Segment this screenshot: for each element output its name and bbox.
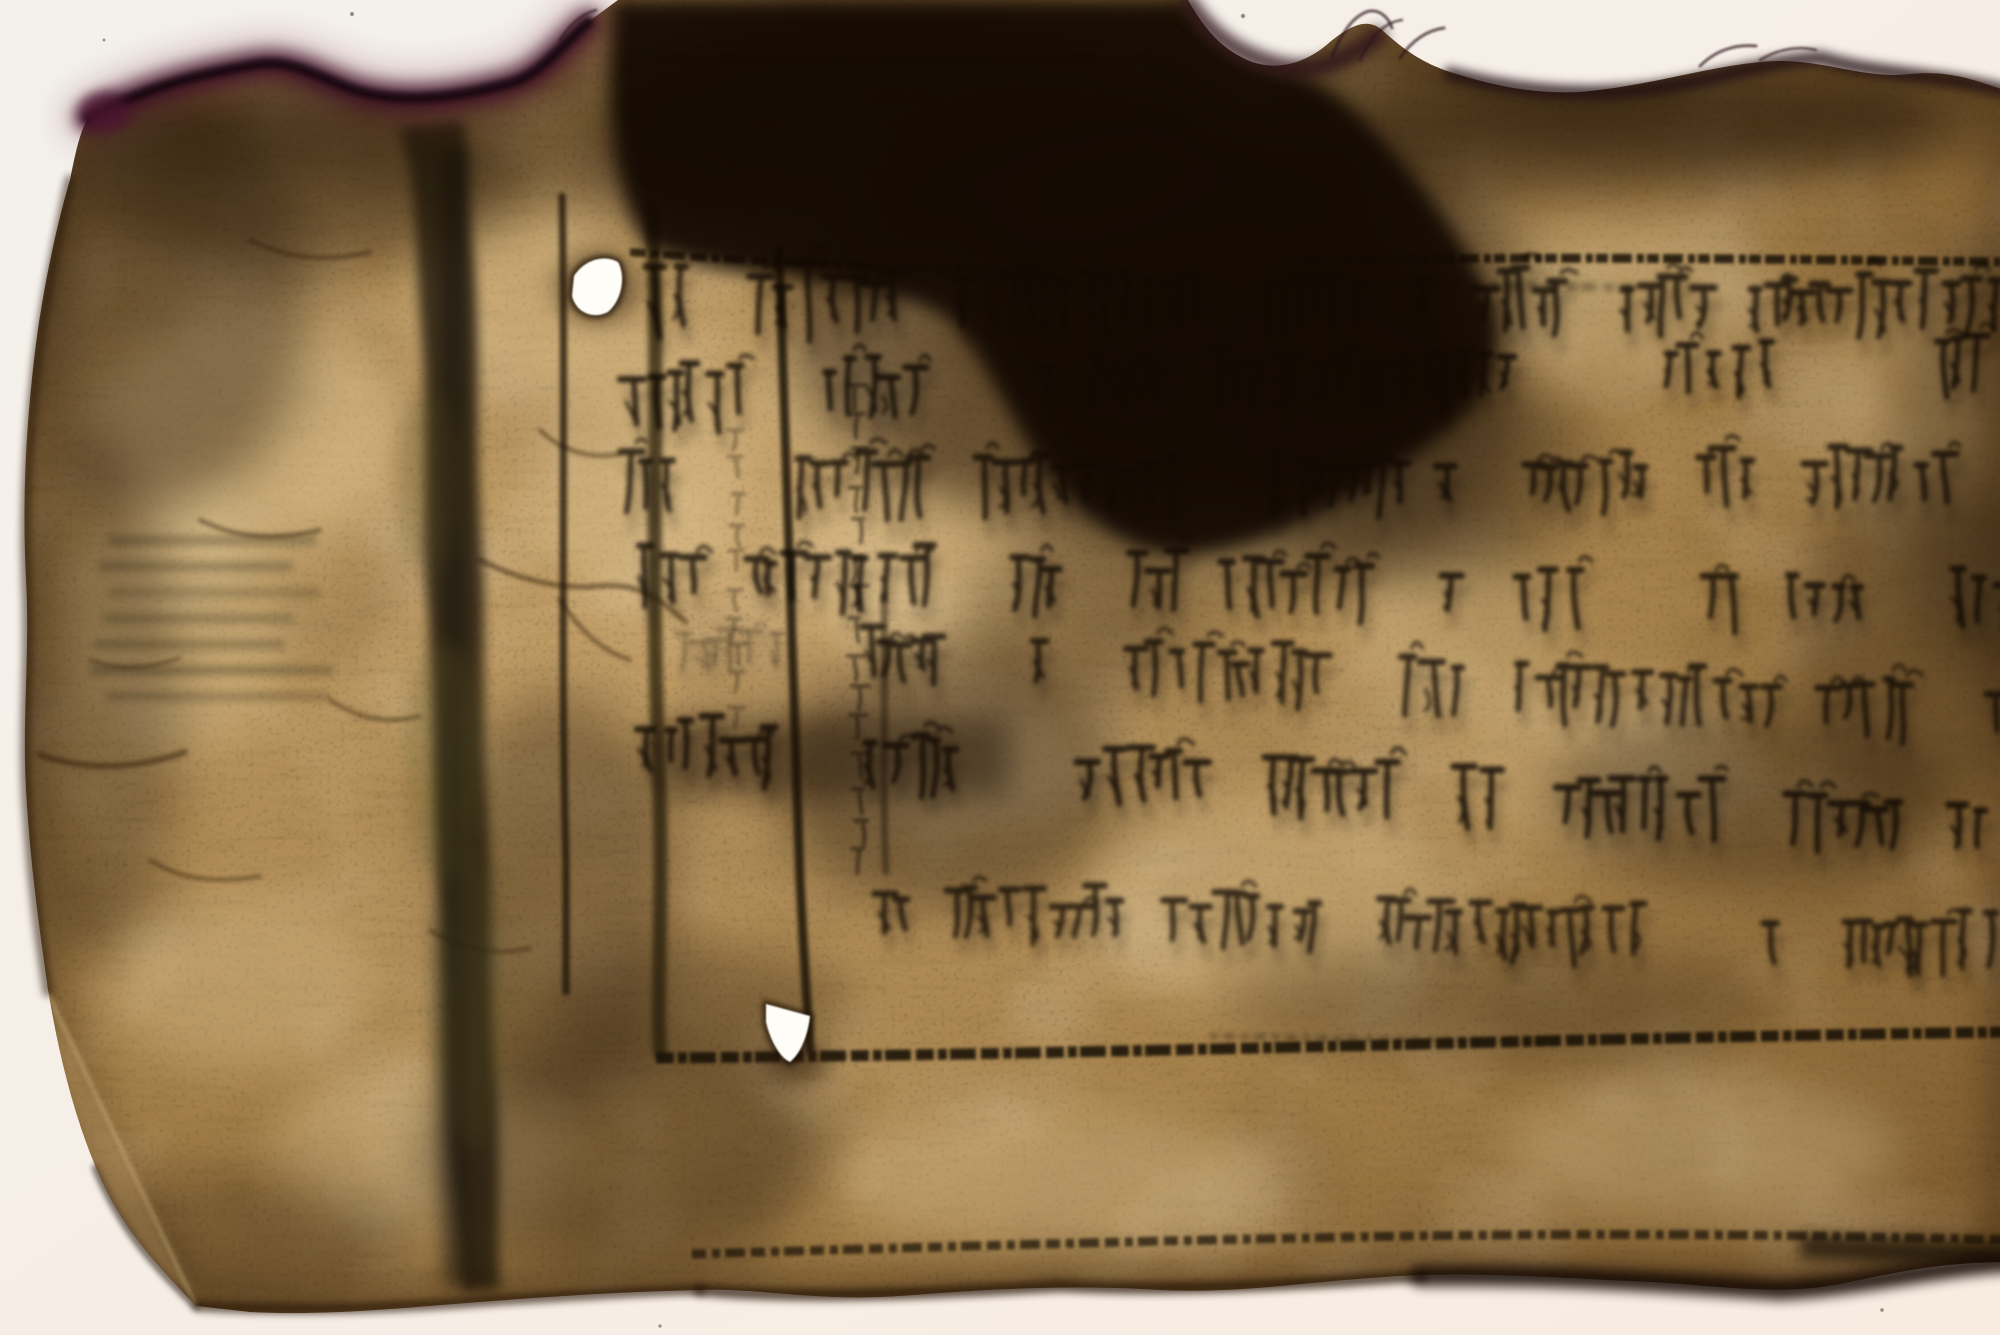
manuscript-photo (0, 0, 2000, 1335)
manuscript-leaf-photo (0, 0, 2000, 1335)
